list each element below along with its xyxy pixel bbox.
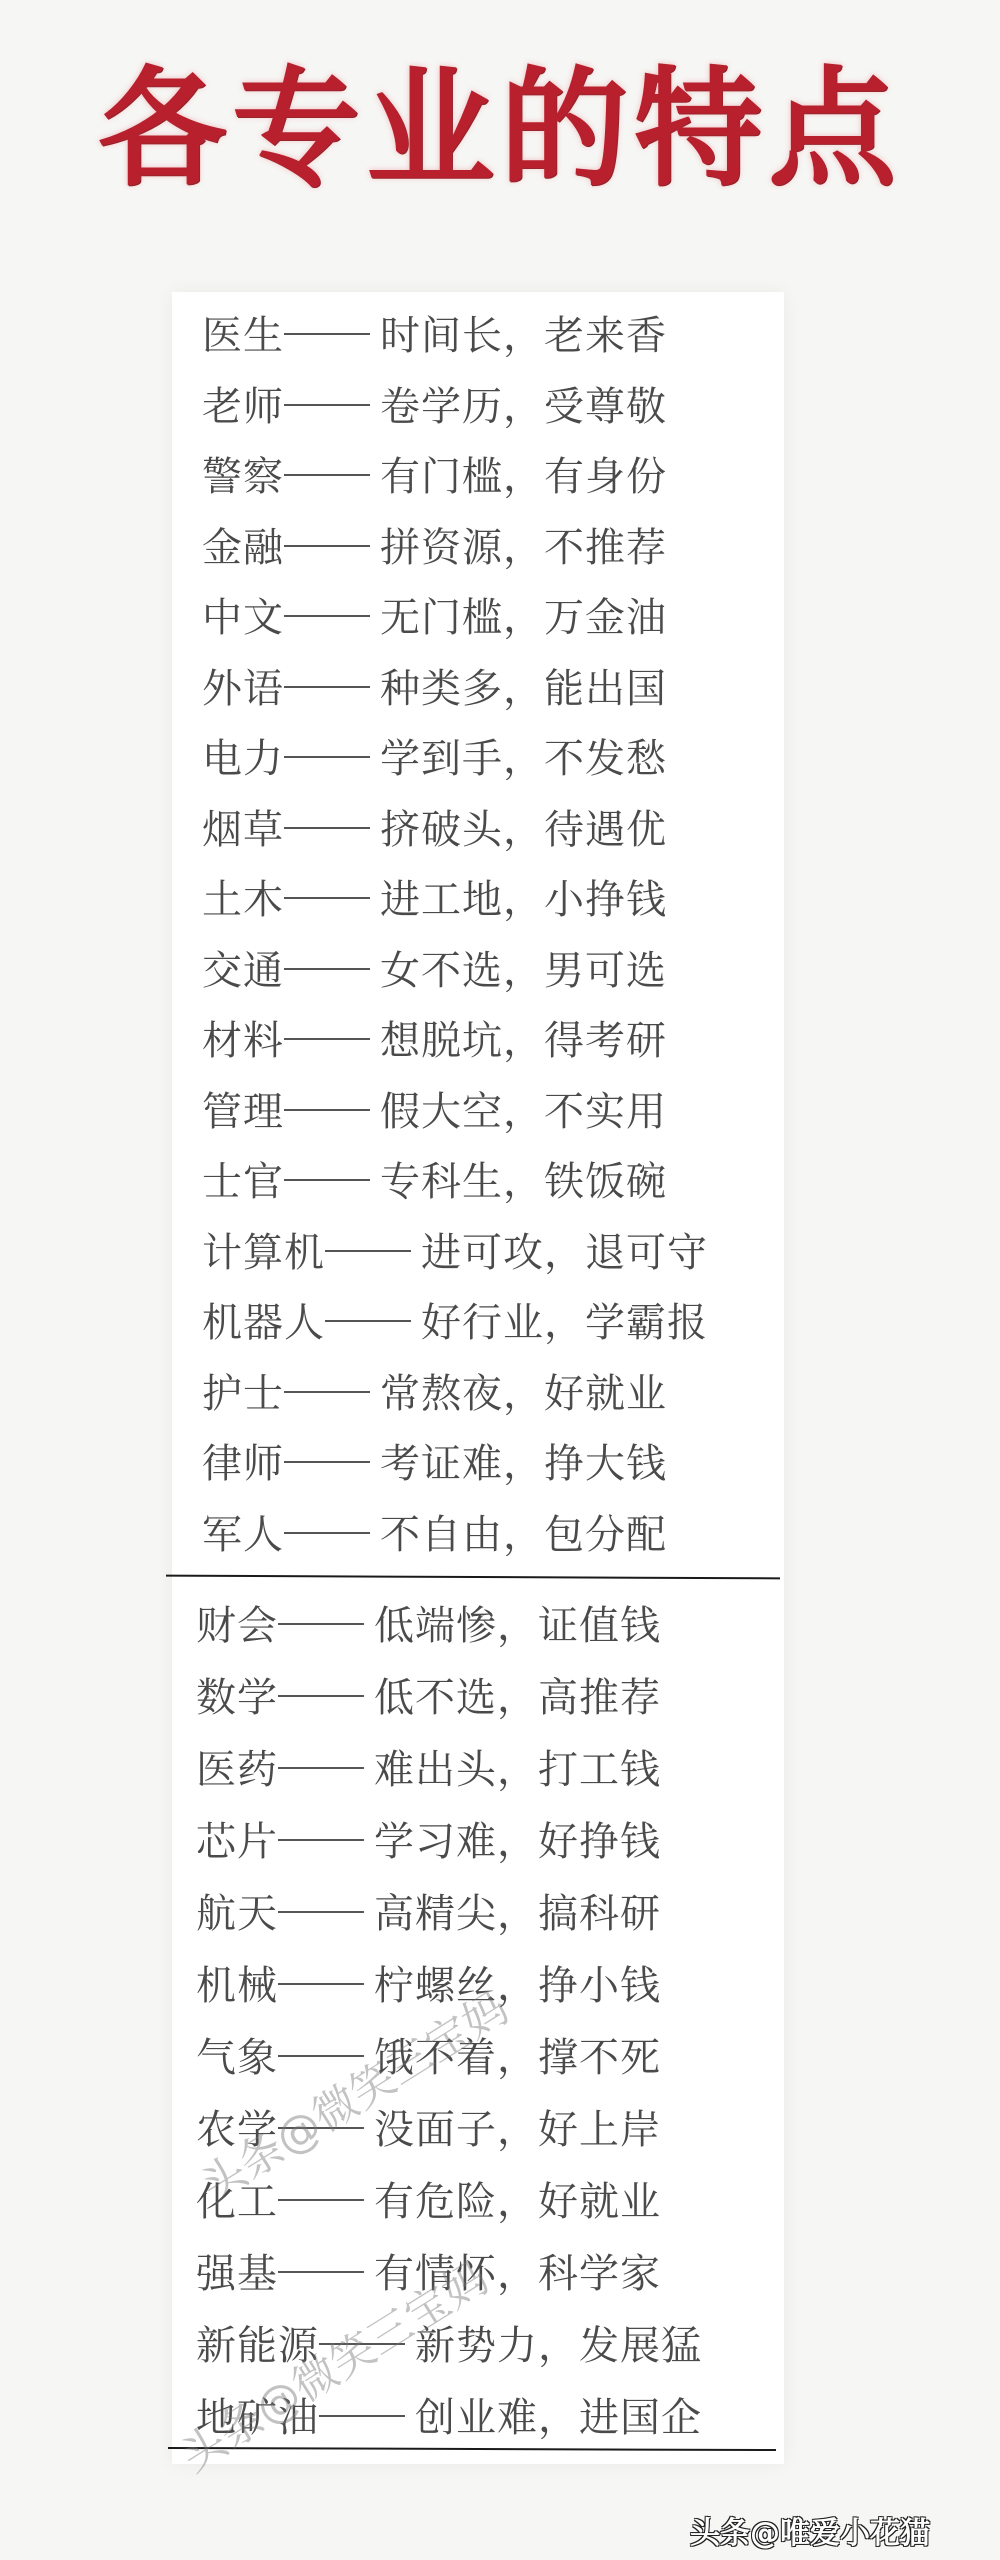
- em-dash-separator: [284, 1109, 370, 1111]
- list-item: 新能源新势力，发展猛: [196, 2310, 836, 2382]
- major-name: 警察: [202, 441, 284, 513]
- list-item: 农学没面子，好上岸: [196, 2094, 836, 2166]
- major-name: 芯片: [196, 1806, 278, 1878]
- section-divider: [166, 1575, 780, 1580]
- list-item: 芯片学习难，好挣钱: [196, 1806, 836, 1878]
- major-description: 新势力，发展猛: [415, 2310, 702, 2382]
- major-description: 进可攻，退可守: [421, 1217, 708, 1289]
- list-item: 航天高精尖，搞科研: [196, 1878, 836, 1950]
- major-name: 强基: [196, 2238, 278, 2310]
- list-item: 医生时间长，老来香: [202, 300, 842, 372]
- em-dash-separator: [278, 1695, 364, 1697]
- majors-list-card: 医生时间长，老来香老师卷学历，受尊敬警察有门槛，有身份金融拼资源，不推荐中文无门…: [172, 292, 784, 2464]
- list-item: 老师卷学历，受尊敬: [202, 371, 842, 443]
- major-name: 计算机: [202, 1217, 325, 1289]
- list-item: 外语种类多，能出国: [202, 653, 842, 725]
- list-item: 医药难出头，打工钱: [196, 1734, 836, 1806]
- em-dash-separator: [278, 2127, 364, 2129]
- em-dash-separator: [284, 756, 370, 758]
- major-name: 机器人: [202, 1287, 325, 1359]
- major-name: 数学: [196, 1662, 278, 1734]
- major-name: 土木: [202, 864, 284, 936]
- list-item: 管理假大空，不实用: [202, 1076, 842, 1148]
- em-dash-separator: [278, 2271, 364, 2273]
- list-item: 烟草挤破头，待遇优: [202, 794, 842, 866]
- em-dash-separator: [284, 1461, 370, 1463]
- footer-watermark: 头条@唯爱小花猫: [690, 2508, 930, 2552]
- major-name: 中文: [202, 582, 284, 654]
- major-description: 有危险，好就业: [374, 2166, 661, 2238]
- major-description: 卷学历，受尊敬: [380, 371, 667, 443]
- major-name: 士官: [202, 1146, 284, 1218]
- list-item: 军人不自由，包分配: [202, 1499, 842, 1571]
- em-dash-separator: [325, 1250, 411, 1252]
- major-description: 学习难，好挣钱: [374, 1806, 661, 1878]
- list-item: 化工有危险，好就业: [196, 2166, 836, 2238]
- major-description: 女不选，男可选: [380, 935, 667, 1007]
- major-description: 低端惨，证值钱: [374, 1590, 661, 1662]
- major-description: 专科生，铁饭碗: [380, 1146, 667, 1218]
- major-name: 材料: [202, 1005, 284, 1077]
- page-title: 各专业的特点: [0, 40, 1000, 220]
- em-dash-separator: [284, 827, 370, 829]
- list-item: 强基有情怀，科学家: [196, 2238, 836, 2310]
- major-name: 新能源: [196, 2310, 319, 2382]
- major-name: 军人: [202, 1499, 284, 1571]
- em-dash-separator: [284, 1391, 370, 1393]
- major-name: 金融: [202, 512, 284, 584]
- list-item: 士官专科生，铁饭碗: [202, 1146, 842, 1218]
- em-dash-separator: [278, 1911, 364, 1913]
- major-name: 交通: [202, 935, 284, 1007]
- major-name: 外语: [202, 653, 284, 725]
- em-dash-separator: [278, 2199, 364, 2201]
- major-name: 航天: [196, 1878, 278, 1950]
- major-description: 柠螺丝，挣小钱: [374, 1950, 661, 2022]
- list-item: 气象饿不着，撑不死: [196, 2022, 836, 2094]
- list-item: 计算机进可攻，退可守: [202, 1217, 842, 1289]
- em-dash-separator: [284, 968, 370, 970]
- list-item: 律师考证难，挣大钱: [202, 1428, 842, 1500]
- major-description: 时间长，老来香: [380, 300, 667, 372]
- major-description: 高精尖，搞科研: [374, 1878, 661, 1950]
- major-description: 想脱坑，得考研: [380, 1005, 667, 1077]
- list-item: 警察有门槛，有身份: [202, 441, 842, 513]
- em-dash-separator: [284, 1179, 370, 1181]
- major-name: 医生: [202, 300, 284, 372]
- em-dash-separator: [278, 2055, 364, 2057]
- major-name: 化工: [196, 2166, 278, 2238]
- em-dash-separator: [284, 545, 370, 547]
- major-name: 电力: [202, 723, 284, 795]
- em-dash-separator: [284, 333, 370, 335]
- major-description: 拼资源，不推荐: [380, 512, 667, 584]
- list-item: 土木进工地，小挣钱: [202, 864, 842, 936]
- list-item: 材料想脱坑，得考研: [202, 1005, 842, 1077]
- major-name: 医药: [196, 1734, 278, 1806]
- em-dash-separator: [278, 1983, 364, 1985]
- major-name: 地矿油: [196, 2382, 319, 2454]
- major-name: 财会: [196, 1590, 278, 1662]
- major-name: 气象: [196, 2022, 278, 2094]
- major-name: 农学: [196, 2094, 278, 2166]
- list-item: 机械柠螺丝，挣小钱: [196, 1950, 836, 2022]
- em-dash-separator: [284, 1038, 370, 1040]
- major-name: 管理: [202, 1076, 284, 1148]
- major-description: 饿不着，撑不死: [374, 2022, 661, 2094]
- em-dash-separator: [278, 1623, 364, 1625]
- em-dash-separator: [284, 474, 370, 476]
- em-dash-separator: [284, 404, 370, 406]
- major-name: 烟草: [202, 794, 284, 866]
- major-description: 假大空，不实用: [380, 1076, 667, 1148]
- major-description: 有情怀，科学家: [374, 2238, 661, 2310]
- list-item: 机器人好行业，学霸报: [202, 1287, 842, 1359]
- em-dash-separator: [284, 897, 370, 899]
- em-dash-separator: [278, 1839, 364, 1841]
- list-item: 数学低不选，高推荐: [196, 1662, 836, 1734]
- major-description: 不自由，包分配: [380, 1499, 667, 1571]
- major-name: 机械: [196, 1950, 278, 2022]
- major-description: 种类多，能出国: [380, 653, 667, 725]
- major-description: 没面子，好上岸: [374, 2094, 661, 2166]
- list-item: 地矿油创业难，进国企: [196, 2382, 836, 2454]
- major-description: 常熬夜，好就业: [380, 1358, 667, 1430]
- list-item: 财会低端惨，证值钱: [196, 1590, 836, 1662]
- em-dash-separator: [319, 2415, 405, 2417]
- major-description: 挤破头，待遇优: [380, 794, 667, 866]
- em-dash-separator: [284, 615, 370, 617]
- major-description: 考证难，挣大钱: [380, 1428, 667, 1500]
- major-name: 律师: [202, 1428, 284, 1500]
- major-name: 护士: [202, 1358, 284, 1430]
- major-description: 难出头，打工钱: [374, 1734, 661, 1806]
- em-dash-separator: [284, 686, 370, 688]
- major-description: 进工地，小挣钱: [380, 864, 667, 936]
- list-item: 金融拼资源，不推荐: [202, 512, 842, 584]
- major-description: 创业难，进国企: [415, 2382, 702, 2454]
- list-item: 护士常熬夜，好就业: [202, 1358, 842, 1430]
- major-name: 老师: [202, 371, 284, 443]
- list-item: 交通女不选，男可选: [202, 935, 842, 1007]
- major-description: 无门槛，万金油: [380, 582, 667, 654]
- major-description: 好行业，学霸报: [421, 1287, 708, 1359]
- major-description: 低不选，高推荐: [374, 1662, 661, 1734]
- list-item: 电力学到手，不发愁: [202, 723, 842, 795]
- list-item: 中文无门槛，万金油: [202, 582, 842, 654]
- major-description: 有门槛，有身份: [380, 441, 667, 513]
- em-dash-separator: [284, 1532, 370, 1534]
- major-description: 学到手，不发愁: [380, 723, 667, 795]
- em-dash-separator: [325, 1320, 411, 1322]
- em-dash-separator: [319, 2343, 405, 2345]
- em-dash-separator: [278, 1767, 364, 1769]
